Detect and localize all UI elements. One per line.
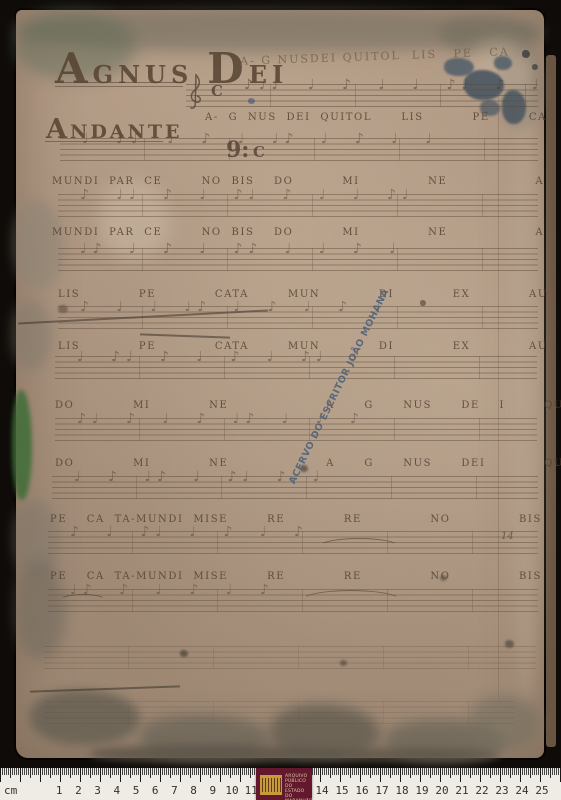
- title-underline: [55, 82, 183, 87]
- ruler-number: 4: [113, 784, 120, 797]
- ruler-number: 19: [415, 784, 428, 797]
- music-staff: ♩ ♪♩ ♪ ♩ ♪ ♩ ♪♩ ♩: [55, 356, 537, 379]
- archive-logo-line: DO MARANHÃO: [285, 794, 313, 800]
- ruler-number: 9: [209, 784, 216, 797]
- ruler-number: 14: [315, 784, 328, 797]
- ruler-number: 24: [515, 784, 528, 797]
- lyric-line: A- G NUS DEI QUITOL LIS PE CA TA: [205, 112, 561, 123]
- lyric-line: MUNDI PAR CE NO BIS DO MI NE A G NUS DEI…: [52, 227, 561, 238]
- lyric-line: PE CA TA-MUNDI MISE RE RE NO BIS: [50, 571, 542, 582]
- handwritten-notes: ♪ ♩ ♩ ♩♪ ♩ ♪ ♩ ♪ ♩: [80, 299, 387, 315]
- tempo-underline: [45, 141, 163, 142]
- measuring-ruler: cm1234567891011141516171819202122232425 …: [0, 768, 561, 800]
- ruler-number: 10: [225, 784, 238, 797]
- music-staff: ♩♪ ♪ ♩ ♪ ♩ ♪: [48, 589, 538, 612]
- music-staff: ♩♪ ♩ ♪ ♩ ♪♪ ♩ ♩ ♪ ♩: [58, 248, 538, 271]
- lyric-line: DO MI NE A G NUS DE I QUI TOL LIS: [55, 400, 561, 411]
- ruler-number: 8: [190, 784, 197, 797]
- ruler-number: 7: [171, 784, 178, 797]
- ruler-number: 15: [335, 784, 348, 797]
- ruler-number: 17: [375, 784, 388, 797]
- archive-logo-text: ARQUIVO PÚBLICO DO ESTADO DO MARANHÃO: [285, 774, 313, 800]
- ruler-number: 22: [475, 784, 488, 797]
- ruler-number: 16: [355, 784, 368, 797]
- tie-arc: [300, 590, 402, 612]
- handwritten-notes: ♩♪ ♩ ♪ ♩ ♪♪ ♩ ♩ ♪ ♩: [80, 241, 402, 257]
- ruler-number: cm: [4, 784, 17, 797]
- tie-arc: [60, 594, 106, 606]
- photographed-manuscript: { "document": { "title_parts": ["AGNUS",…: [0, 0, 561, 800]
- handwritten-notes: ♪ ♩♩ ♪ ♩ ♪♩ ♪ ♩ ♩ ♪♩: [80, 187, 415, 203]
- time-signature: C: [211, 82, 223, 100]
- ruler-number: 6: [152, 784, 159, 797]
- handwritten-notes: ♪ ♩ ♪♩ ♩ ♪ ♩ ♪: [70, 524, 309, 540]
- ruler-number: 2: [75, 784, 82, 797]
- treble-clef-icon: [186, 72, 206, 112]
- music-staff: ♪ ♩ ♪♩ ♩ ♪ ♩ ♪: [48, 531, 538, 554]
- music-staff: ♪ ♩ ♩ ♩♪ ♩ ♪ ♩ ♪ ♩: [58, 306, 538, 329]
- lyric-line: LIS PE CATA MUN DI EX AU DI NOS: [58, 289, 561, 300]
- bass-clef-mark: 9:: [226, 137, 249, 163]
- music-staff: ♪♩ ♪ ♩ ♪ ♩♪ ♩ ♩ ♪: [55, 418, 537, 441]
- ruler-number: 5: [133, 784, 140, 797]
- page-number: 14: [501, 531, 514, 542]
- music-staff: [44, 646, 536, 669]
- ruler-number: 18: [395, 784, 408, 797]
- ruler-number: 25: [535, 784, 548, 797]
- music-staff: ♪ ♩♩ ♪ ♩ ♪♩ ♪ ♩ ♩ ♪♩: [58, 194, 538, 217]
- lyric-line: LIS PE CATA MUN DI EX AU DI NOS: [58, 341, 561, 352]
- lyric-line: MUNDI PAR CE NO BIS DO MI NE A G NUS DEI…: [52, 176, 561, 187]
- lyric-line: PE CA TA-MUNDI MISE RE RE NO BIS: [50, 514, 542, 525]
- archive-logo-line: DO ESTADO: [285, 784, 313, 794]
- music-staff: [44, 701, 514, 724]
- ruler-number: 21: [455, 784, 468, 797]
- time-signature: C: [253, 143, 265, 161]
- ruler-number: 23: [495, 784, 508, 797]
- archive-logo-plate: ARQUIVO PÚBLICO DO ESTADO DO MARANHÃO: [256, 768, 312, 800]
- tie-arc: [318, 538, 400, 556]
- ruler-number: 3: [94, 784, 101, 797]
- ruler-number: 20: [435, 784, 448, 797]
- ruler-number: 1: [56, 784, 63, 797]
- archive-building-icon: [260, 775, 282, 795]
